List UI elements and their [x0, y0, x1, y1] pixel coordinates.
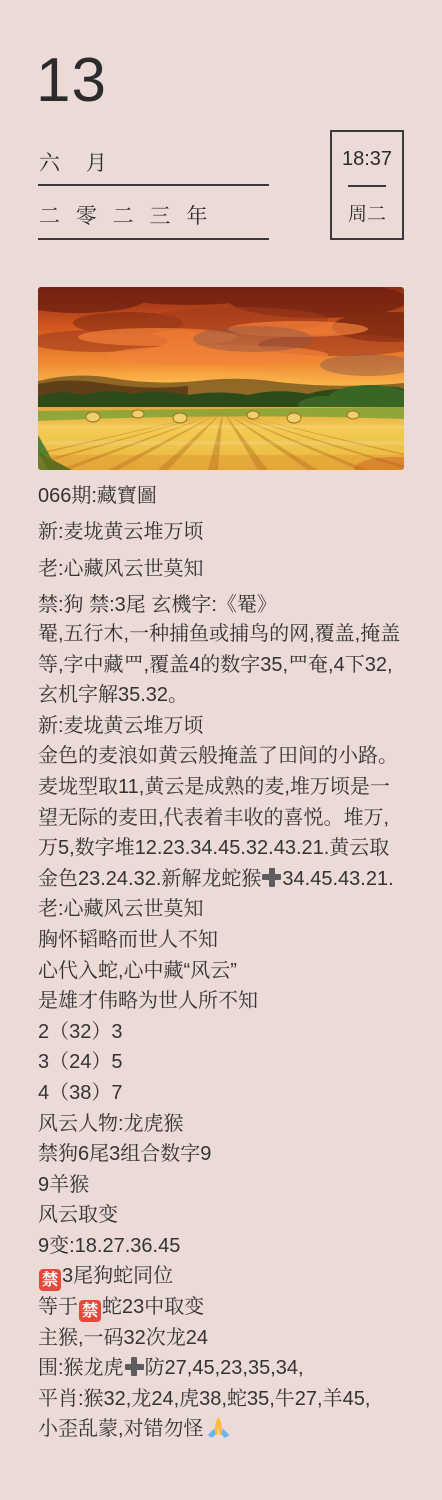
post-line: 罨,五行木,一种捕鱼或捕鸟的网,覆盖,掩盖: [38, 619, 410, 650]
post-text: 老:心藏风云世莫知: [38, 898, 204, 920]
calendar-year-label: 二 零 二 三 年: [39, 200, 212, 230]
post-text: 9羊猴: [38, 1174, 89, 1196]
post-text: 等,字中藏罒,覆盖4的数字35,罒奄,4下32,: [38, 654, 393, 676]
post-line: 金色23.24.32.新解龙蛇猴34.45.43.21.: [38, 864, 410, 895]
post-text: 9变:18.27.36.45: [38, 1235, 180, 1257]
post-line: 老:心藏风云世莫知: [38, 894, 410, 925]
post-line: 玄机字解35.32。: [38, 680, 410, 711]
post-line: 平肖:猴32,龙24,虎38,蛇35,牛27,羊45,: [38, 1384, 410, 1415]
calendar-month-label: 六 月: [39, 147, 117, 177]
divider-line: [38, 184, 269, 186]
calendar-day: 13: [36, 50, 107, 112]
post-line: 主猴,一码32次龙24: [38, 1323, 410, 1354]
post-text: 066期:藏寶圖: [38, 485, 157, 507]
divider-line: [348, 185, 386, 187]
time-box: 18:37 周二: [330, 130, 404, 240]
post-line: 小歪乱蒙,对错勿怪: [38, 1414, 410, 1445]
post-text: 老:心藏风云世莫知: [38, 558, 204, 580]
post-text: 玄机字解35.32。: [38, 684, 188, 706]
post-text: 胸怀韬略而世人不知: [38, 929, 218, 951]
post-text: 4（38）7: [38, 1082, 123, 1104]
post-text: 蛇23中取变: [102, 1296, 204, 1318]
forbidden-badge-icon: 禁: [79, 1300, 101, 1322]
post-text: 小歪乱蒙,对错勿怪: [38, 1418, 204, 1440]
post-body: 罨,五行木,一种捕鱼或捕鸟的网,覆盖,掩盖等,字中藏罒,覆盖4的数字35,罒奄,…: [38, 619, 410, 1445]
post-text: 禁:狗 禁:3尾 玄機字:《罨》: [38, 594, 277, 616]
post-text: 金色的麦浪如黄云般掩盖了田间的小路。: [38, 745, 398, 767]
post-line: 新:麦垅黄云堆万顷: [38, 711, 410, 742]
weekday-label: 周二: [348, 199, 386, 226]
pray-icon: [206, 1414, 231, 1445]
post-text: 万5,数字堆12.23.34.45.32.43.21.黄云取: [38, 837, 389, 859]
post-text: 3尾狗蛇同位: [62, 1265, 173, 1287]
post-line: 金色的麦浪如黄云般掩盖了田间的小路。: [38, 741, 410, 772]
post-text: 麦垅型取11,黄云是成熟的麦,堆万顷是一: [38, 776, 390, 798]
post-line: 心代入蛇,心中藏“风云”: [38, 956, 410, 987]
post-text: 防27,45,23,35,34,: [145, 1357, 304, 1379]
post-text: 新:麦垅黄云堆万顷: [38, 715, 204, 737]
post-line: 围:猴龙虎防27,45,23,35,34,: [38, 1353, 410, 1384]
clock-time: 18:37: [342, 148, 392, 171]
post-line: 3（24）5: [38, 1047, 410, 1078]
post-text: 围:猴龙虎: [38, 1357, 124, 1379]
post-line: 066期:藏寶圖: [38, 478, 410, 514]
forbidden-badge-icon: 禁: [39, 1269, 61, 1291]
post-text: 心代入蛇,心中藏“风云”: [38, 960, 237, 982]
post-line: 万5,数字堆12.23.34.45.32.43.21.黄云取: [38, 833, 410, 864]
post-line: 新:麦垅黄云堆万顷: [38, 514, 410, 550]
post-line: 9羊猴: [38, 1170, 410, 1201]
post-line: 4（38）7: [38, 1078, 410, 1109]
post-text: 34.45.43.21.: [282, 868, 393, 890]
post-intro: 066期:藏寶圖新:麦垅黄云堆万顷老:心藏风云世莫知禁:狗 禁:3尾 玄機字:《…: [38, 478, 410, 624]
post-line: 等于禁蛇23中取变: [38, 1292, 410, 1323]
post-line: 胸怀韬略而世人不知: [38, 925, 410, 956]
divider-line: [38, 238, 269, 240]
post-text: 2（32）3: [38, 1021, 123, 1043]
post-line: 禁3尾狗蛇同位: [38, 1261, 410, 1292]
post-text: 平肖:猴32,龙24,虎38,蛇35,牛27,羊45,: [38, 1388, 370, 1410]
plus-icon: [262, 868, 281, 887]
post-text: 风云取变: [38, 1204, 118, 1226]
post-text: 望无际的麦田,代表着丰收的喜悦。堆万,: [38, 807, 389, 829]
post-line: 望无际的麦田,代表着丰收的喜悦。堆万,: [38, 803, 410, 834]
post-line: 风云人物:龙虎猴: [38, 1109, 410, 1140]
post-text: 是雄才伟略为世人所不知: [38, 990, 258, 1012]
post-text: 金色23.24.32.新解龙蛇猴: [38, 868, 261, 890]
post-line: 麦垅型取11,黄云是成熟的麦,堆万顷是一: [38, 772, 410, 803]
post-text: 等于: [38, 1296, 78, 1318]
post-text: 禁狗6尾3组合数字9: [38, 1143, 211, 1165]
post-line: 2（32）3: [38, 1017, 410, 1048]
post-line: 风云取变: [38, 1200, 410, 1231]
post-line: 是雄才伟略为世人所不知: [38, 986, 410, 1017]
post-text: 风云人物:龙虎猴: [38, 1113, 184, 1135]
post-text: 新:麦垅黄云堆万顷: [38, 521, 204, 543]
post-line: 等,字中藏罒,覆盖4的数字35,罒奄,4下32,: [38, 650, 410, 681]
plus-icon: [125, 1357, 144, 1376]
post-text: 3（24）5: [38, 1051, 123, 1073]
post-text: 罨,五行木,一种捕鱼或捕鸟的网,覆盖,掩盖: [38, 623, 400, 645]
post-line: 9变:18.27.36.45: [38, 1231, 410, 1262]
post-text: 主猴,一码32次龙24: [38, 1327, 208, 1349]
post-line: 禁狗6尾3组合数字9: [38, 1139, 410, 1170]
wheat-field-sunset-photo: [38, 287, 404, 470]
post-line: 老:心藏风云世莫知: [38, 551, 410, 587]
